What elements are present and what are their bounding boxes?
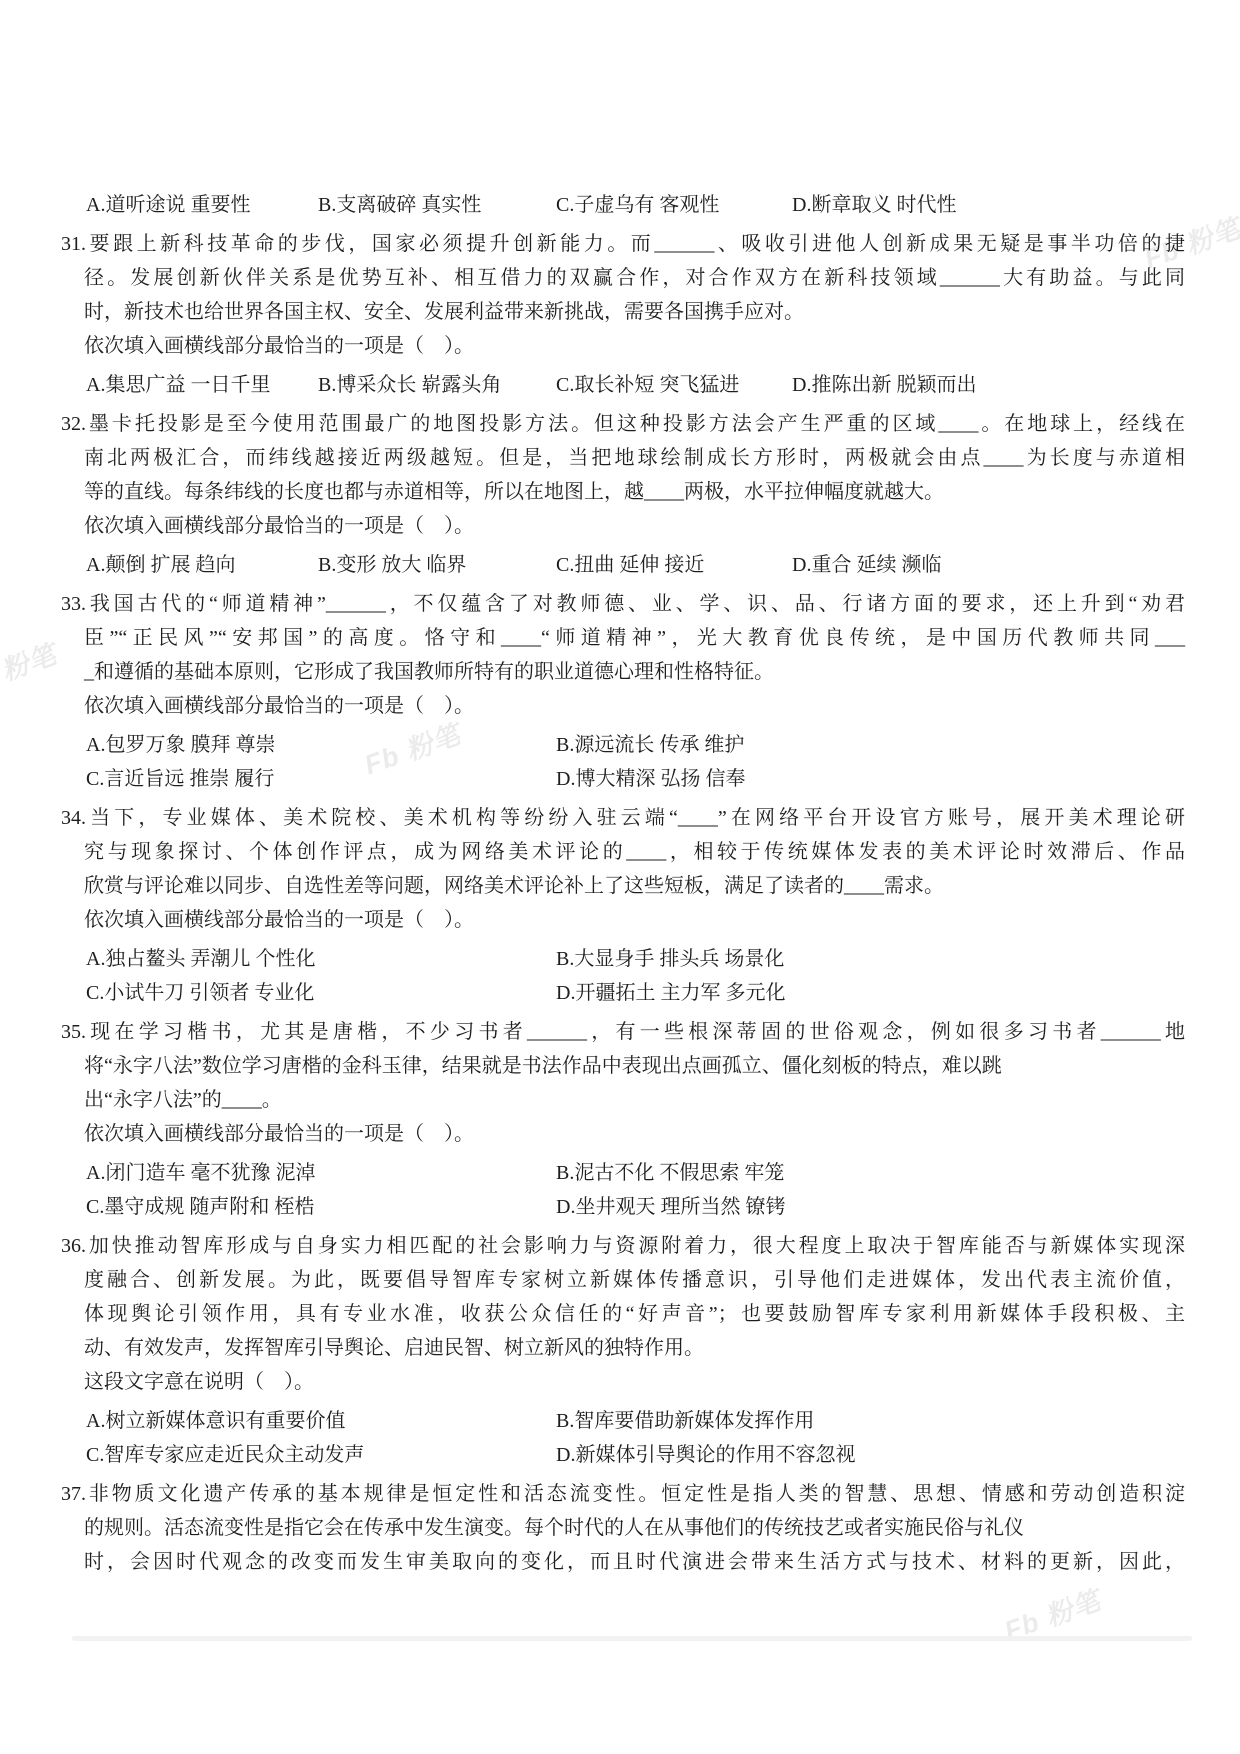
question-text-line: 出“永字八法”的____。	[84, 1083, 1185, 1117]
question-text: 要跟上新科技革命的步伐，国家必须提升创新能力。而______、吸收引进他人创新成…	[86, 233, 1185, 255]
question-32-options-row: A.颠倒 扩展 趋向 B.变形 放大 临界 C.扭曲 延伸 接近 D.重合 延续…	[84, 548, 1185, 582]
question-33-options-row-ab: A.包罗万象 膜拜 尊崇 B.源远流长 传承 维护	[84, 728, 1185, 762]
question-text-line: 34.当下，专业媒体、美术院校、美术机构等纷纷入驻云端“____”在网络平台开设…	[61, 801, 1185, 835]
option-a: A.道听途说 重要性	[86, 188, 318, 222]
question-30-options-row: A.道听途说 重要性 B.支离破碎 真实性 C.子虚乌有 客观性 D.断章取义 …	[84, 188, 1185, 222]
option-b: B.大显身手 排头兵 场景化	[556, 942, 1185, 976]
question-text-line: 将“永字八法”数位学习唐楷的金科玉律，结果就是书法作品中表现出点画孤立、僵化刻板…	[84, 1049, 1185, 1083]
option-d: D.新媒体引导舆论的作用不容忽视	[556, 1438, 1185, 1472]
question-text-line: _和遵循的基础本原则，它形成了我国教师所特有的职业道德心理和性格特征。	[84, 655, 1185, 689]
question-32: 32.墨卡托投影是至今使用范围最广的地图投影方法。但这种投影方法会产生严重的区域…	[84, 407, 1185, 582]
question-number: 35.	[61, 1021, 86, 1043]
question-text: 加快推动智库形成与自身实力相匹配的社会影响力与资源附着力，很大程度上取决于智库能…	[86, 1235, 1185, 1257]
question-text-line: 32.墨卡托投影是至今使用范围最广的地图投影方法。但这种投影方法会产生严重的区域…	[61, 407, 1185, 441]
option-b: B.泥古不化 不假思索 牢笼	[556, 1156, 1185, 1190]
option-b: B.变形 放大 临界	[318, 548, 556, 582]
question-text: 现在学习楷书，尤其是唐楷，不少习书者______，有一些根深蒂固的世俗观念，例如…	[86, 1021, 1185, 1043]
exam-paper-page: Fb 粉笔 Fb 粉笔 Fb 粉笔 Fb 粉笔 A.道听途说 重要性 B.支离破…	[0, 0, 1240, 1754]
question-text-line: 时，会因时代观念的改变而发生审美取向的变化，而且时代演进会带来生活方式与技术、材…	[84, 1545, 1185, 1579]
option-b: B.博采众长 崭露头角	[318, 368, 556, 402]
question-31-options-row: A.集思广益 一日千里 B.博采众长 崭露头角 C.取长补短 突飞猛进 D.推陈…	[84, 368, 1185, 402]
question-36-options-row-cd: C.智库专家应走近民众主动发声 D.新媒体引导舆论的作用不容忽视	[84, 1438, 1185, 1472]
question-number: 36.	[61, 1235, 86, 1257]
option-c: C.智库专家应走近民众主动发声	[86, 1438, 556, 1472]
question-37: 37.非物质文化遗产传承的基本规律是恒定性和活态流变性。恒定性是指人类的智慧、思…	[84, 1477, 1185, 1579]
question-text: 我国古代的“师道精神”______，不仅蕴含了对教师德、业、学、识、品、行诸方面…	[86, 593, 1185, 615]
question-33: 33.我国古代的“师道精神”______，不仅蕴含了对教师德、业、学、识、品、行…	[84, 587, 1185, 796]
question-35: 35.现在学习楷书，尤其是唐楷，不少习书者______，有一些根深蒂固的世俗观念…	[84, 1015, 1185, 1224]
option-a: A.闭门造车 毫不犹豫 泥淖	[86, 1156, 556, 1190]
page-content: A.道听途说 重要性 B.支离破碎 真实性 C.子虚乌有 客观性 D.断章取义 …	[84, 183, 1185, 1579]
option-b: B.源远流长 传承 维护	[556, 728, 1185, 762]
question-34-options-row-ab: A.独占鳌头 弄潮儿 个性化 B.大显身手 排头兵 场景化	[84, 942, 1185, 976]
question-text-line: 36.加快推动智库形成与自身实力相匹配的社会影响力与资源附着力，很大程度上取决于…	[61, 1229, 1185, 1263]
question-text-line: 臣”“正民风”“安邦国”的高度。恪守和____“师道精神”，光大教育优良传统，是…	[84, 621, 1185, 655]
option-a: A.包罗万象 膜拜 尊崇	[86, 728, 556, 762]
option-d: D.推陈出新 脱颖而出	[792, 368, 1185, 402]
option-a: A.独占鳌头 弄潮儿 个性化	[86, 942, 556, 976]
question-text-line: 究与现象探讨、个体创作评点，成为网络美术评论的____，相较于传统媒体发表的美术…	[84, 835, 1185, 869]
question-prompt-line: 依次填入画横线部分最恰当的一项是（ ）。	[84, 509, 1185, 543]
option-d: D.重合 延续 濒临	[792, 548, 1185, 582]
question-prompt-line: 依次填入画横线部分最恰当的一项是（ ）。	[84, 329, 1185, 363]
question-36-options-row-ab: A.树立新媒体意识有重要价值 B.智库要借助新媒体发挥作用	[84, 1404, 1185, 1438]
option-c: C.言近旨远 推崇 履行	[86, 762, 556, 796]
option-d: D.断章取义 时代性	[792, 188, 1185, 222]
question-text-line: 度融合、创新发展。为此，既要倡导智库专家树立新媒体传播意识，引导他们走进媒体，发…	[84, 1263, 1185, 1297]
question-text-line: 35.现在学习楷书，尤其是唐楷，不少习书者______，有一些根深蒂固的世俗观念…	[61, 1015, 1185, 1049]
question-number: 37.	[61, 1483, 86, 1505]
question-number: 33.	[61, 593, 86, 615]
question-text-line: 径。发展创新伙伴关系是优势互补、相互借力的双赢合作，对合作双方在新科技领域___…	[84, 261, 1185, 295]
question-34: 34.当下，专业媒体、美术院校、美术机构等纷纷入驻云端“____”在网络平台开设…	[84, 801, 1185, 1010]
question-31: 31.要跟上新科技革命的步伐，国家必须提升创新能力。而______、吸收引进他人…	[84, 227, 1185, 402]
page-bottom-divider	[72, 1636, 1192, 1641]
question-text-line: 欣赏与评论难以同步、自选性差等问题，网络美术评论补上了这些短板，满足了读者的__…	[84, 869, 1185, 903]
question-text: 当下，专业媒体、美术院校、美术机构等纷纷入驻云端“____”在网络平台开设官方账…	[86, 807, 1185, 829]
question-text-line: 体现舆论引领作用，具有专业水准，收获公众信任的“好声音”；也要鼓励智库专家利用新…	[84, 1297, 1185, 1331]
question-35-options-row-cd: C.墨守成规 随声附和 桎梏 D.坐井观天 理所当然 镣铐	[84, 1190, 1185, 1224]
option-c: C.子虚乌有 客观性	[556, 188, 792, 222]
option-d: D.开疆拓土 主力军 多元化	[556, 976, 1185, 1010]
question-prompt-line: 这段文字意在说明（ ）。	[84, 1365, 1185, 1399]
question-text-line: 37.非物质文化遗产传承的基本规律是恒定性和活态流变性。恒定性是指人类的智慧、思…	[61, 1477, 1185, 1511]
question-number: 32.	[61, 413, 86, 435]
question-number: 31.	[61, 233, 86, 255]
option-a: A.集思广益 一日千里	[86, 368, 318, 402]
question-text: 墨卡托投影是至今使用范围最广的地图投影方法。但这种投影方法会产生严重的区域___…	[86, 413, 1185, 435]
question-text-line: 31.要跟上新科技革命的步伐，国家必须提升创新能力。而______、吸收引进他人…	[61, 227, 1185, 261]
option-b: B.支离破碎 真实性	[318, 188, 556, 222]
question-text-line: 等的直线。每条纬线的长度也都与赤道相等，所以在地图上，越____两极，水平拉伸幅…	[84, 475, 1185, 509]
question-prompt-line: 依次填入画横线部分最恰当的一项是（ ）。	[84, 1117, 1185, 1151]
option-a: A.树立新媒体意识有重要价值	[86, 1404, 556, 1438]
option-c: C.扭曲 延伸 接近	[556, 548, 792, 582]
option-a: A.颠倒 扩展 趋向	[86, 548, 318, 582]
option-b: B.智库要借助新媒体发挥作用	[556, 1404, 1185, 1438]
question-prompt-line: 依次填入画横线部分最恰当的一项是（ ）。	[84, 903, 1185, 937]
question-text-line: 南北两极汇合，而纬线越接近两级越短。但是，当把地球绘制成长方形时，两极就会由点_…	[84, 441, 1185, 475]
question-text-line: 的规则。活态流变性是指它会在传承中发生演变。每个时代的人在从事他们的传统技艺或者…	[84, 1511, 1185, 1545]
option-c: C.取长补短 突飞猛进	[556, 368, 792, 402]
question-number: 34.	[61, 807, 86, 829]
question-34-options-row-cd: C.小试牛刀 引领者 专业化 D.开疆拓土 主力军 多元化	[84, 976, 1185, 1010]
option-c: C.小试牛刀 引领者 专业化	[86, 976, 556, 1010]
question-prompt-line: 依次填入画横线部分最恰当的一项是（ ）。	[84, 689, 1185, 723]
question-36: 36.加快推动智库形成与自身实力相匹配的社会影响力与资源附着力，很大程度上取决于…	[84, 1229, 1185, 1472]
question-text-line: 动、有效发声，发挥智库引导舆论、启迪民智、树立新风的独特作用。	[84, 1331, 1185, 1365]
question-text: 非物质文化遗产传承的基本规律是恒定性和活态流变性。恒定性是指人类的智慧、思想、情…	[86, 1483, 1185, 1505]
question-33-options-row-cd: C.言近旨远 推崇 履行 D.博大精深 弘扬 信奉	[84, 762, 1185, 796]
fenbi-watermark: Fb 粉笔	[0, 633, 61, 702]
question-text-line: 时，新技术也给世界各国主权、安全、发展利益带来新挑战，需要各国携手应对。	[84, 295, 1185, 329]
option-d: D.博大精深 弘扬 信奉	[556, 762, 1185, 796]
question-35-options-row-ab: A.闭门造车 毫不犹豫 泥淖 B.泥古不化 不假思索 牢笼	[84, 1156, 1185, 1190]
option-c: C.墨守成规 随声附和 桎梏	[86, 1190, 556, 1224]
option-d: D.坐井观天 理所当然 镣铐	[556, 1190, 1185, 1224]
question-text-line: 33.我国古代的“师道精神”______，不仅蕴含了对教师德、业、学、识、品、行…	[61, 587, 1185, 621]
